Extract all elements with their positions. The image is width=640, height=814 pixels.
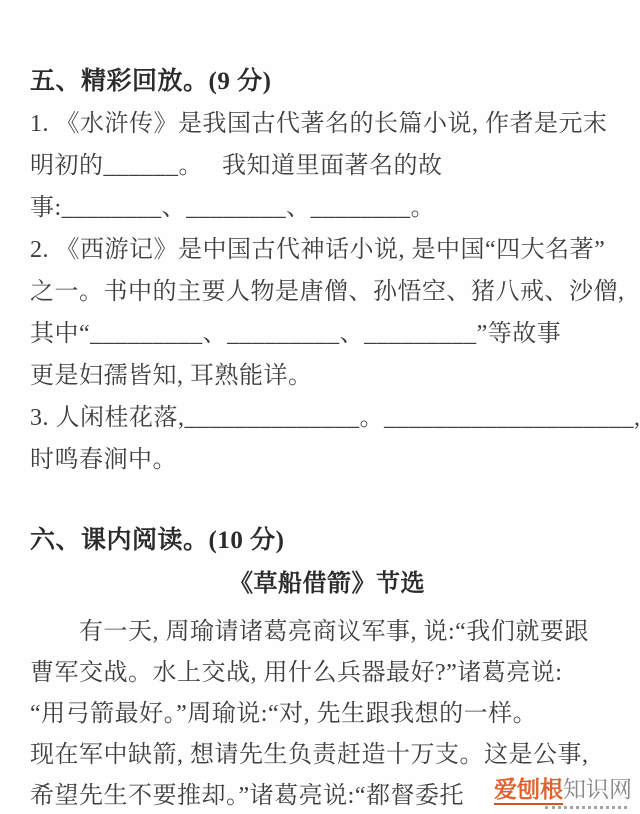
question-1-line-2: 明初的______。 我知道里面著名的故 bbox=[30, 145, 624, 187]
question-1-line-1: 1. 《水浒传》是我国古代著名的长篇小说, 作者是元末 bbox=[30, 103, 624, 145]
question-1-line-3: 事:________、________、________。 bbox=[30, 187, 624, 229]
passage-line-1: 有一天, 周瑜请诸葛亮商议军事, 说:“我们就要跟 bbox=[30, 612, 624, 653]
section-six-heading: 六、课内阅读。(10 分) bbox=[30, 520, 624, 562]
question-3-line-1: 3. 人闲桂花落,______________。________________… bbox=[30, 397, 624, 439]
watermark-suffix-text: 知识网 bbox=[563, 776, 632, 802]
passage-line-4: 现在军中缺箭, 想请先生负责赶造十万支。这是公事, bbox=[30, 735, 624, 776]
covered-text-artifact bbox=[545, 806, 627, 809]
watermark: 爱刨根知识网 bbox=[489, 775, 634, 804]
question-2-line-4: 更是妇孺皆知, 耳熟能详。 bbox=[30, 355, 624, 397]
question-2-line-2: 之一。书中的主要人物是唐僧、孙悟空、猪八戒、沙僧, bbox=[30, 271, 624, 313]
test-paper-page: 五、精彩回放。(9 分) 1. 《水浒传》是我国古代著名的长篇小说, 作者是元末… bbox=[0, 0, 640, 814]
section-six: 六、课内阅读。(10 分) 《草船借箭》节选 有一天, 周瑜请诸葛亮商议军事, … bbox=[30, 520, 624, 814]
paper-content: 五、精彩回放。(9 分) 1. 《水浒传》是我国古代著名的长篇小说, 作者是元末… bbox=[0, 0, 640, 814]
section-five: 五、精彩回放。(9 分) 1. 《水浒传》是我国古代著名的长篇小说, 作者是元末… bbox=[30, 61, 624, 481]
passage-line-3: “用弓箭最好。”周瑜说:“对, 先生跟我想的一样。 bbox=[30, 694, 624, 735]
watermark-brand-text: 爱刨根 bbox=[494, 776, 563, 805]
passage-line-2: 曹军交战。水上交战, 用什么兵器最好?”诸葛亮说: bbox=[30, 653, 624, 694]
passage-title: 《草船借箭》节选 bbox=[30, 562, 624, 606]
question-3-line-2: 时鸣春涧中。 bbox=[30, 439, 624, 481]
section-five-heading: 五、精彩回放。(9 分) bbox=[30, 61, 624, 103]
question-2-line-3: 其中“_________、_________、_________”等故事 bbox=[30, 313, 624, 355]
question-2-line-1: 2. 《西游记》是中国古代神话小说, 是中国“四大名著” bbox=[30, 229, 624, 271]
